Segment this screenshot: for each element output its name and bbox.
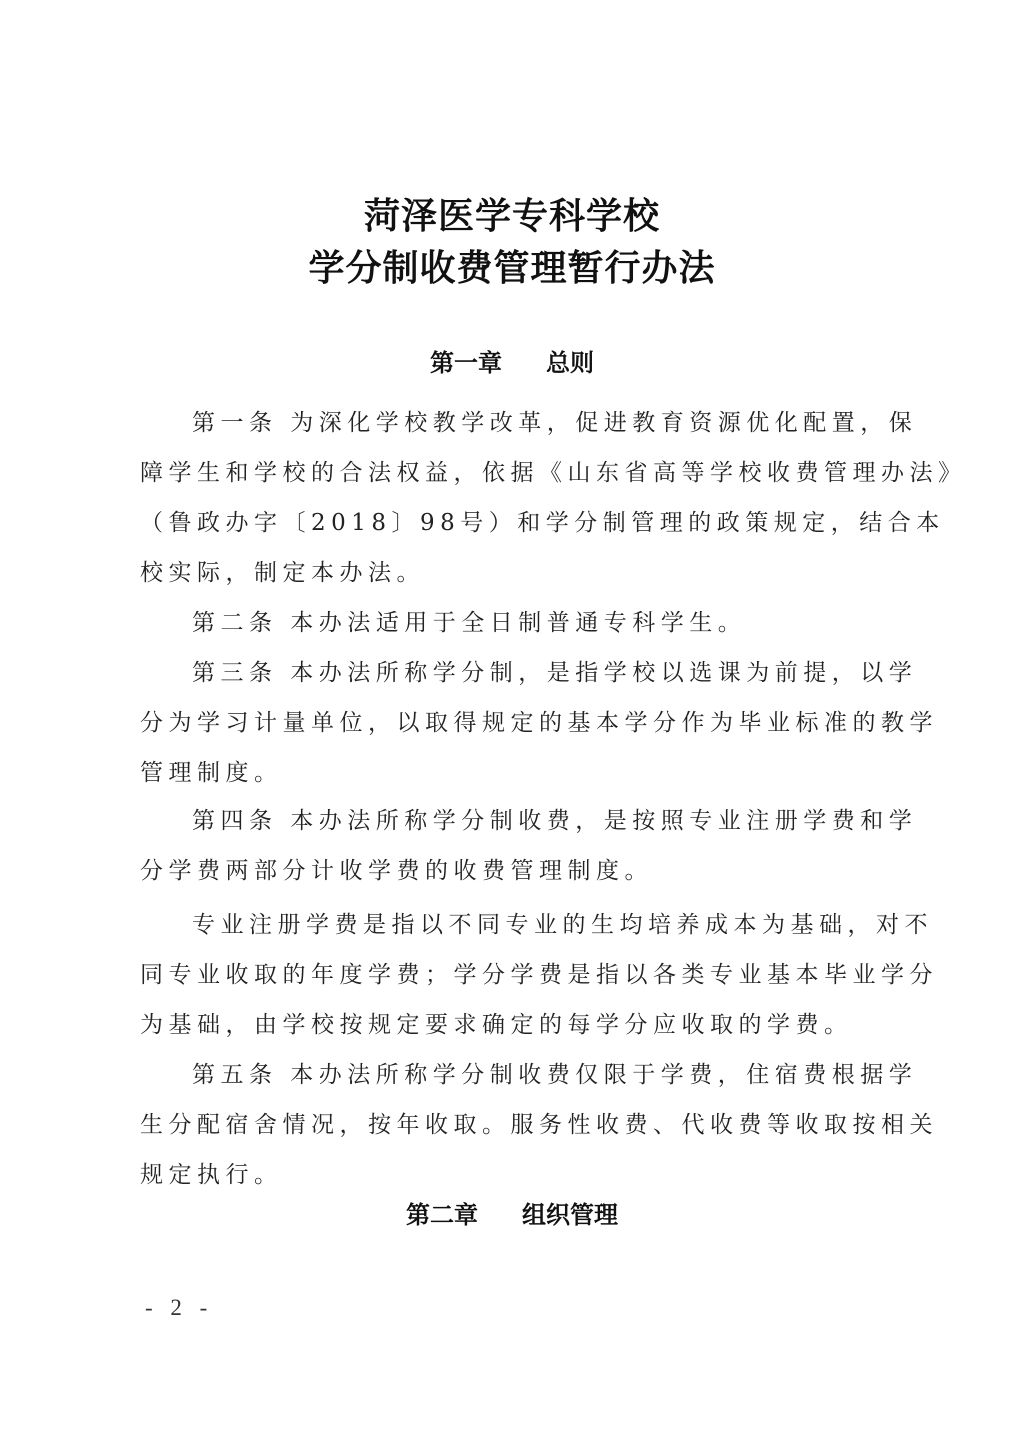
paragraph-line: 第二条 本办法适用于全日制普通专科学生。: [192, 604, 900, 637]
paragraph-line: 第五条 本办法所称学分制收费仅限于学费，住宿费根据学: [192, 1056, 900, 1089]
document-title-line1: 菏泽医学专科学校: [0, 188, 1024, 239]
chapter-heading-2: 第二章组织管理: [0, 1195, 1024, 1230]
chapter-name: 组织管理: [522, 1201, 618, 1229]
document-page: 菏泽医学专科学校 学分制收费管理暂行办法 第一章总则 第一条 为深化学校教学改革…: [0, 0, 1024, 1448]
chapter-heading-1: 第一章总则: [0, 343, 1024, 378]
paragraph-line: 分为学习计量单位，以取得规定的基本学分作为毕业标准的教学: [140, 704, 900, 737]
chapter-number: 第一章: [430, 349, 502, 377]
paragraph-line: 专业注册学费是指以不同专业的生均培养成本为基础，对不: [192, 906, 900, 939]
paragraph-line: 规定执行。: [140, 1156, 900, 1189]
page-number: - 2 -: [145, 1295, 213, 1321]
chapter-name: 总则: [546, 349, 594, 377]
paragraph-line: 障学生和学校的合法权益，依据《山东省高等学校收费管理办法》: [140, 454, 900, 487]
paragraph-line: 管理制度。: [140, 754, 900, 787]
paragraph-line: 第四条 本办法所称学分制收费，是按照专业注册学费和学: [192, 802, 900, 835]
paragraph-line: （鲁政办字〔2018〕98号）和学分制管理的政策规定，结合本: [140, 504, 900, 537]
paragraph-line: 校实际，制定本办法。: [140, 554, 900, 587]
chapter-number: 第二章: [406, 1201, 478, 1229]
paragraph-line: 生分配宿舍情况，按年收取。服务性收费、代收费等收取按相关: [140, 1106, 900, 1139]
paragraph-line: 同专业收取的年度学费；学分学费是指以各类专业基本毕业学分: [140, 956, 900, 989]
paragraph-line: 分学费两部分计收学费的收费管理制度。: [140, 852, 900, 885]
document-title-line2: 学分制收费管理暂行办法: [0, 240, 1024, 291]
paragraph-line: 第三条 本办法所称学分制，是指学校以选课为前提，以学: [192, 654, 900, 687]
paragraph-line: 为基础，由学校按规定要求确定的每学分应收取的学费。: [140, 1006, 900, 1039]
paragraph-line: 第一条 为深化学校教学改革，促进教育资源优化配置，保: [192, 404, 900, 437]
